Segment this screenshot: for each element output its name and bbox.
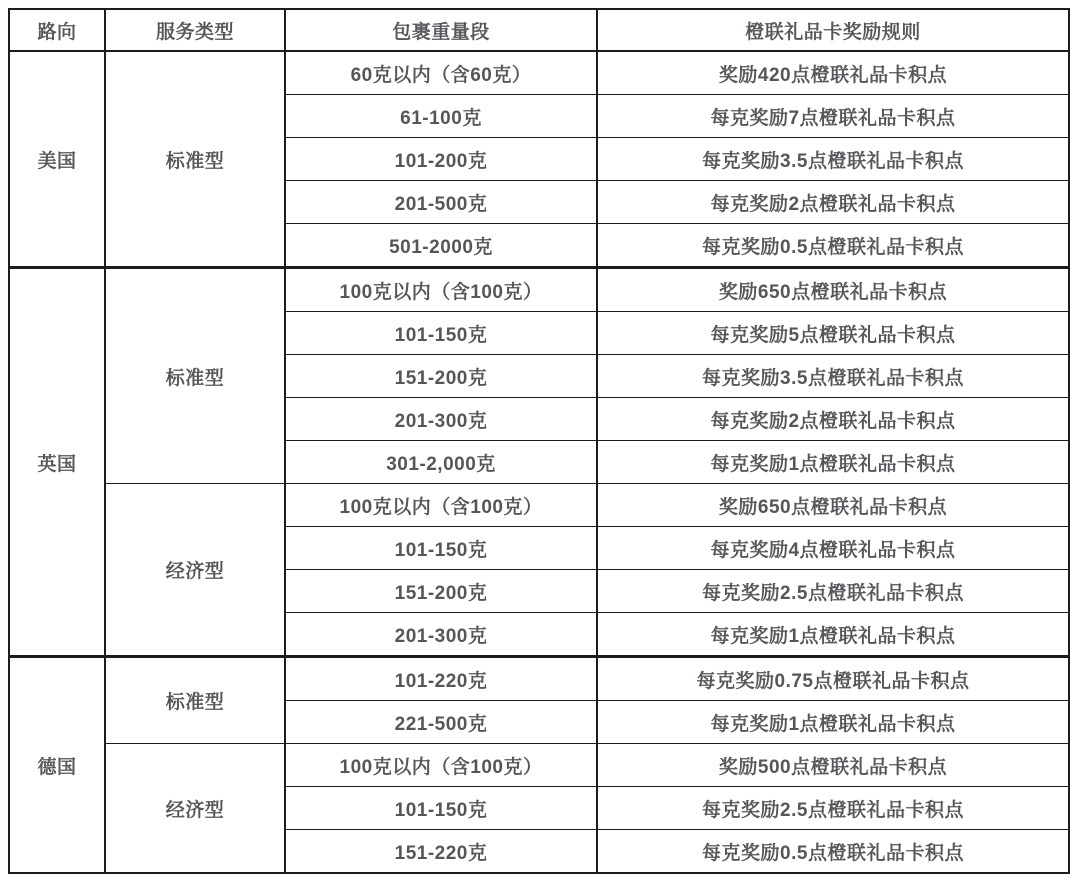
gift-card-reward-table: 路向 服务类型 包裹重量段 橙联礼品卡奖励规则 美国标准型60克以内（含60克）… [8, 8, 1070, 874]
route-cell: 英国 [9, 268, 105, 657]
document-page: 路向 服务类型 包裹重量段 橙联礼品卡奖励规则 美国标准型60克以内（含60克）… [0, 0, 1080, 889]
table-row: 德国标准型101-220克每克奖励0.75点橙联礼品卡积点 [9, 657, 1069, 701]
weight-range-cell: 101-150克 [285, 312, 597, 355]
reward-rule-cell: 每克奖励1点橙联礼品卡积点 [597, 701, 1069, 744]
header-reward-rule: 橙联礼品卡奖励规则 [597, 9, 1069, 51]
weight-range-cell: 151-220克 [285, 830, 597, 874]
header-weight-range: 包裹重量段 [285, 9, 597, 51]
weight-range-cell: 151-200克 [285, 355, 597, 398]
reward-rule-cell: 每克奖励0.5点橙联礼品卡积点 [597, 830, 1069, 874]
weight-range-cell: 301-2,000克 [285, 441, 597, 484]
reward-rule-cell: 每克奖励5点橙联礼品卡积点 [597, 312, 1069, 355]
table-header-row: 路向 服务类型 包裹重量段 橙联礼品卡奖励规则 [9, 9, 1069, 51]
reward-rule-cell: 奖励420点橙联礼品卡积点 [597, 51, 1069, 95]
reward-rule-cell: 每克奖励1点橙联礼品卡积点 [597, 441, 1069, 484]
weight-range-cell: 201-500克 [285, 181, 597, 224]
reward-rule-cell: 每克奖励2.5点橙联礼品卡积点 [597, 787, 1069, 830]
weight-range-cell: 101-150克 [285, 787, 597, 830]
table-row: 经济型100克以内（含100克）奖励650点橙联礼品卡积点 [9, 484, 1069, 527]
weight-range-cell: 61-100克 [285, 95, 597, 138]
header-route: 路向 [9, 9, 105, 51]
route-cell: 德国 [9, 657, 105, 874]
header-row: 路向 服务类型 包裹重量段 橙联礼品卡奖励规则 [9, 9, 1069, 51]
table-body: 美国标准型60克以内（含60克）奖励420点橙联礼品卡积点61-100克每克奖励… [9, 51, 1069, 873]
reward-rule-cell: 每克奖励2.5点橙联礼品卡积点 [597, 570, 1069, 613]
service-type-cell: 经济型 [105, 744, 285, 874]
weight-range-cell: 60克以内（含60克） [285, 51, 597, 95]
weight-range-cell: 100克以内（含100克） [285, 484, 597, 527]
service-type-cell: 经济型 [105, 484, 285, 657]
reward-rule-cell: 每克奖励4点橙联礼品卡积点 [597, 527, 1069, 570]
weight-range-cell: 151-200克 [285, 570, 597, 613]
weight-range-cell: 101-220克 [285, 657, 597, 701]
reward-rule-cell: 每克奖励3.5点橙联礼品卡积点 [597, 355, 1069, 398]
weight-range-cell: 101-200克 [285, 138, 597, 181]
reward-rule-cell: 每克奖励2点橙联礼品卡积点 [597, 398, 1069, 441]
weight-range-cell: 100克以内（含100克） [285, 268, 597, 312]
table-row: 美国标准型60克以内（含60克）奖励420点橙联礼品卡积点 [9, 51, 1069, 95]
reward-rule-cell: 每克奖励2点橙联礼品卡积点 [597, 181, 1069, 224]
weight-range-cell: 221-500克 [285, 701, 597, 744]
reward-rule-cell: 每克奖励0.75点橙联礼品卡积点 [597, 657, 1069, 701]
header-service-type: 服务类型 [105, 9, 285, 51]
weight-range-cell: 201-300克 [285, 613, 597, 657]
reward-rule-cell: 奖励650点橙联礼品卡积点 [597, 484, 1069, 527]
service-type-cell: 标准型 [105, 51, 285, 268]
route-cell: 美国 [9, 51, 105, 268]
service-type-cell: 标准型 [105, 657, 285, 744]
weight-range-cell: 501-2000克 [285, 224, 597, 268]
service-type-cell: 标准型 [105, 268, 285, 484]
table-row: 英国标准型100克以内（含100克）奖励650点橙联礼品卡积点 [9, 268, 1069, 312]
table-row: 经济型100克以内（含100克）奖励500点橙联礼品卡积点 [9, 744, 1069, 787]
weight-range-cell: 201-300克 [285, 398, 597, 441]
reward-rule-cell: 每克奖励0.5点橙联礼品卡积点 [597, 224, 1069, 268]
reward-rule-cell: 每克奖励7点橙联礼品卡积点 [597, 95, 1069, 138]
reward-rule-cell: 每克奖励3.5点橙联礼品卡积点 [597, 138, 1069, 181]
reward-rule-cell: 奖励500点橙联礼品卡积点 [597, 744, 1069, 787]
reward-rule-cell: 奖励650点橙联礼品卡积点 [597, 268, 1069, 312]
reward-rule-cell: 每克奖励1点橙联礼品卡积点 [597, 613, 1069, 657]
weight-range-cell: 100克以内（含100克） [285, 744, 597, 787]
weight-range-cell: 101-150克 [285, 527, 597, 570]
